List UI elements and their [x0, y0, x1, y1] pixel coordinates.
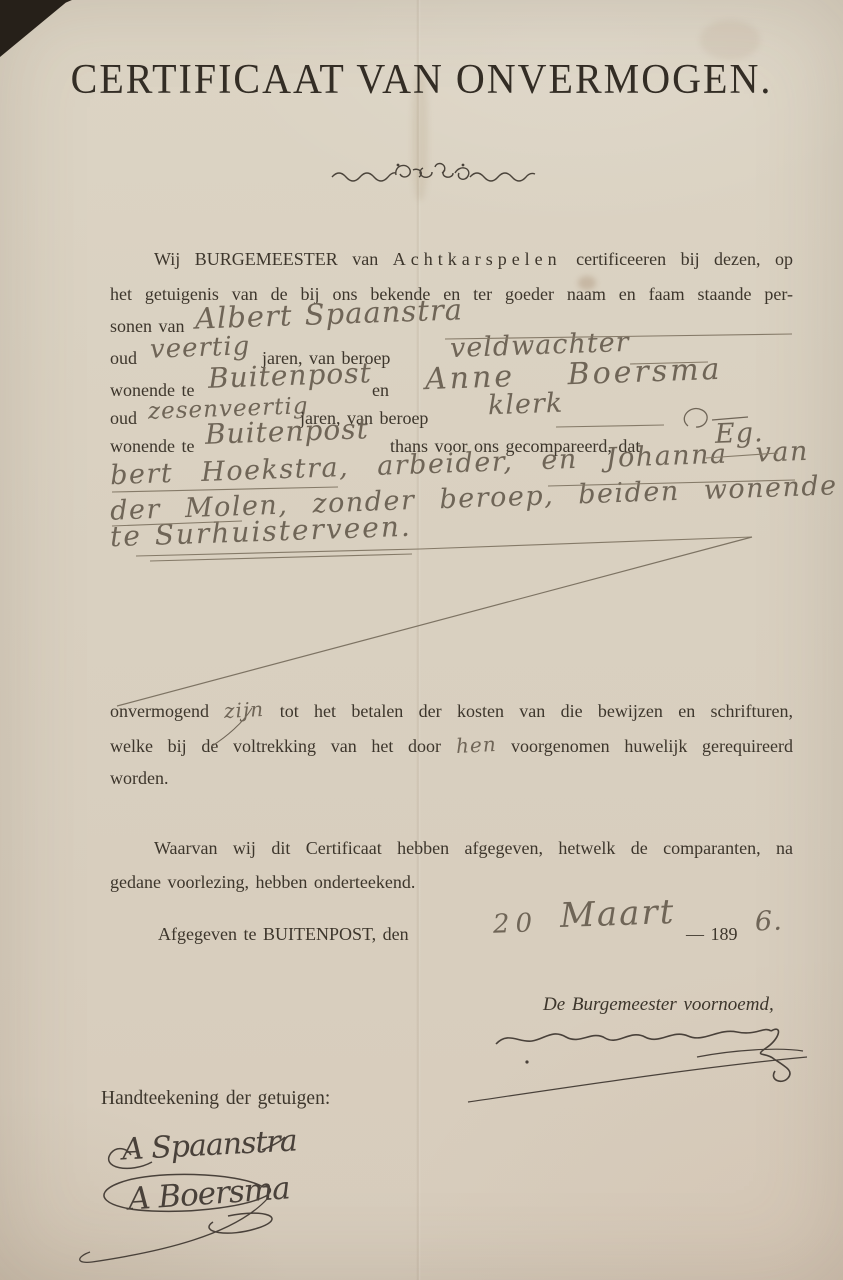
couple-line-4: te Surhuisterveen.	[110, 520, 793, 558]
entry-witness2-name: Anne Boersma	[425, 358, 723, 392]
witness2-signature: A Boersma	[127, 1170, 291, 1217]
mayor-signature	[468, 1029, 807, 1102]
entry-month: Maart	[560, 900, 676, 928]
witness1-signature: A Spaanstra	[121, 1123, 297, 1167]
entry-witness2-residence: Buitenpost	[205, 417, 370, 447]
certify-text-4a: oud	[110, 346, 137, 370]
entry-witness2-occupation: klerk	[488, 392, 564, 419]
certify-text-1a: Wij BURGEMEESTER van	[154, 249, 378, 269]
closing-line-1: Waarvan wij dit Certificaat hebben afgeg…	[110, 836, 793, 860]
declaration-line-2: welke bij de voltrekking van het door he…	[110, 733, 793, 758]
declaration-text-1a: onvermogend	[110, 701, 209, 721]
document-title: CERTIFICAAT VAN ONVERMOGEN.	[0, 54, 843, 104]
entry-couple-line4: te Surhuisterveen.	[110, 515, 412, 550]
ornament-divider	[332, 164, 535, 181]
closing-text-1: Waarvan wij dit Certificaat hebben afgeg…	[154, 838, 793, 858]
closing-line-2: gedane voorlezing, hebben onderteekend.	[110, 870, 793, 894]
declaration-text-2b: voorgenomen huwelijk gerequireerd	[511, 736, 793, 756]
certificate-document: CERTIFICAAT VAN ONVERMOGEN. Wij BURGEMEE…	[0, 0, 843, 1280]
entry-verb-zijn: zijn	[224, 697, 265, 723]
entry-year-digit: 6.	[755, 910, 784, 935]
entry-pronoun-hen: hen	[455, 732, 497, 758]
entry-witness1-name: Albert Spaanstra	[195, 297, 464, 330]
declaration-text-2a: welke bij de voltrekking van het door	[110, 736, 441, 756]
certify-text-6a: oud	[110, 406, 137, 430]
entry-witness1-residence: Buitenpost	[208, 361, 373, 391]
mayor-caption: De Burgemeester voornoemd,	[543, 993, 793, 1017]
declaration-line-3: worden.	[110, 766, 793, 790]
issuance-year-print: — 189	[686, 922, 738, 946]
blank-strike-line	[117, 537, 752, 706]
certify-text-5b: en	[372, 378, 389, 402]
entry-witness1-age: veertig	[150, 334, 251, 361]
declaration-line-1: onvermogend zijn tot het betalen der kos…	[110, 698, 793, 723]
witnesses-caption: Handteekening der getuigen:	[101, 1087, 421, 1111]
municipality-name: Achtkarspelen	[393, 249, 562, 269]
certify-line-1: Wij BURGEMEESTER van Achtkarspelen certi…	[110, 247, 793, 271]
entry-day: 20	[493, 911, 539, 937]
issuance-text: Afgegeven te BUITENPOST, den	[158, 922, 409, 946]
declaration-text-1b: tot het betalen der kosten van die bewij…	[280, 701, 793, 721]
certify-text-1b: certificeeren bij dezen, op	[576, 249, 793, 269]
issuance-line: Afgegeven te BUITENPOST, den 20 Maart — …	[158, 922, 798, 966]
